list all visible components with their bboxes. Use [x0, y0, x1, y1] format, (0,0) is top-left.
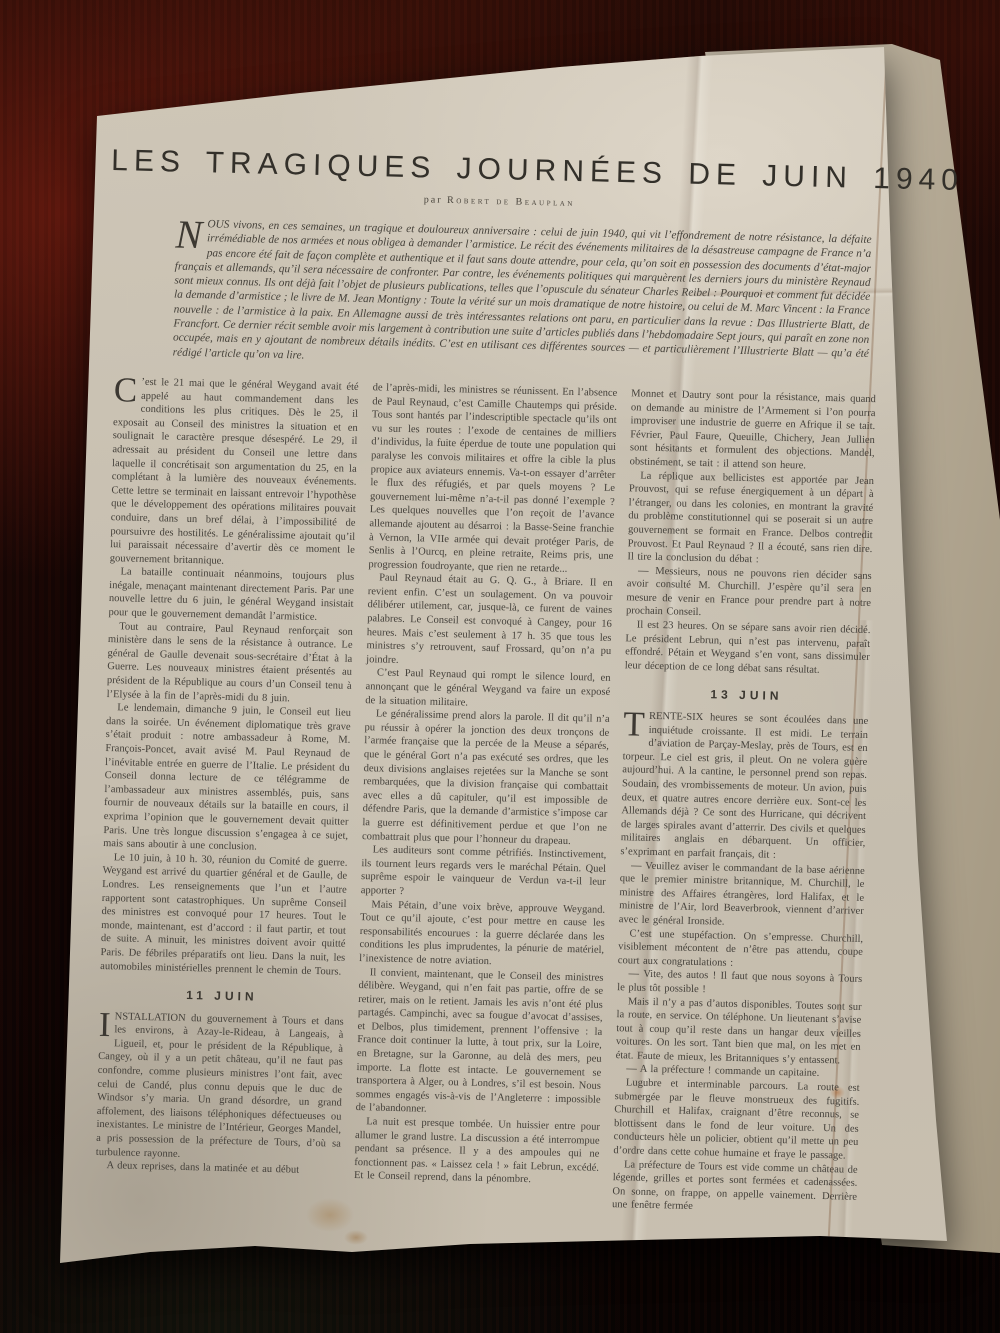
article-content: LES TRAGIQUES JOURNÉES DE JUIN 1940 par …: [86, 128, 890, 1255]
paragraph: Le généralissime prend alors la parole. …: [362, 707, 610, 849]
column-2: de l’après-midi, les ministres se réunis…: [352, 381, 617, 1249]
article-title: LES TRAGIQUES JOURNÉES DE JUIN 1940: [111, 144, 890, 196]
paragraph: Les auditeurs sont comme pétrifiés. Inst…: [361, 843, 607, 903]
paragraph: Il est 23 heures. On se sépare sans avoi…: [625, 618, 871, 678]
paragraph: C’est Paul Reynaud qui rompt le silence …: [365, 667, 611, 714]
paragraph: — Messieurs, nous ne pouvons rien décide…: [626, 564, 872, 624]
paragraph: Le 10 juin, à 10 h. 30, réunion du Comit…: [100, 851, 347, 979]
column-1: C’est le 21 mai que le général Weygand a…: [94, 375, 359, 1243]
paragraph: Tout au contraire, Paul Reynaud renforça…: [106, 620, 353, 707]
dropcap: T: [623, 709, 649, 739]
paragraph: de l’après-midi, les ministres se réunis…: [368, 381, 617, 577]
paragraph: La bataille continuait néanmoins, toujou…: [108, 565, 354, 625]
section-header: 13 JUIN: [624, 687, 869, 706]
paragraph: Le lendemain, dimanche 9 juin, le Consei…: [103, 701, 351, 856]
paragraph: Mais il n’y a pas d’autos disponibles. T…: [615, 995, 861, 1069]
intro-paragraph: NOUS vivons, en ces semaines, un tragiqu…: [173, 217, 872, 376]
intro-dropcap: N: [175, 217, 207, 251]
paragraph: Monnet et Dautry sont pour la résistance…: [629, 387, 876, 474]
paragraph: Il convient, maintenant, que le Conseil …: [355, 966, 603, 1121]
paper-stain: [896, 270, 905, 316]
paragraph: Paul Reynaud était au G. Q. G., à Briare…: [366, 571, 613, 672]
paragraph: La réplique aux bellicistes est apportée…: [627, 469, 874, 570]
section-header: 11 JUIN: [99, 987, 344, 1006]
intro-text: OUS vivons, en ces semaines, un tragique…: [173, 218, 872, 361]
paragraph: C’est le 21 mai que le général Weygand a…: [110, 375, 359, 571]
paragraph: La nuit est presque tombée. Un huissier …: [354, 1115, 600, 1189]
paragraph: C’est une stupéfaction. On s’empresse. C…: [618, 927, 864, 974]
paragraph: INSTALLATION du gouvernement à Tours et …: [96, 1010, 344, 1165]
byline-prefix: par: [424, 194, 443, 205]
paragraph: La préfecture de Tours est vide comme un…: [612, 1158, 858, 1218]
photo-background: LES TRAGIQUES JOURNÉES DE JUIN 1940 par …: [0, 0, 1000, 1333]
byline-author: Robert de Beauplan: [447, 195, 575, 209]
text-columns: C’est le 21 mai que le général Weygand a…: [94, 375, 876, 1255]
column-3: Monnet et Dautry sont pour la résistance…: [611, 387, 876, 1255]
dropcap: C: [113, 375, 141, 405]
dropcap: I: [99, 1010, 115, 1039]
paragraph: Lugubre et interminable parcours. La rou…: [613, 1076, 860, 1163]
paragraph: Mais Pétain, d’une voix brève, approuve …: [359, 898, 605, 972]
paragraph: — Veuillez aviser le commandant de la ba…: [619, 859, 865, 933]
paragraph: TRENTE-SIX heures se sont écoulées dans …: [620, 709, 868, 864]
